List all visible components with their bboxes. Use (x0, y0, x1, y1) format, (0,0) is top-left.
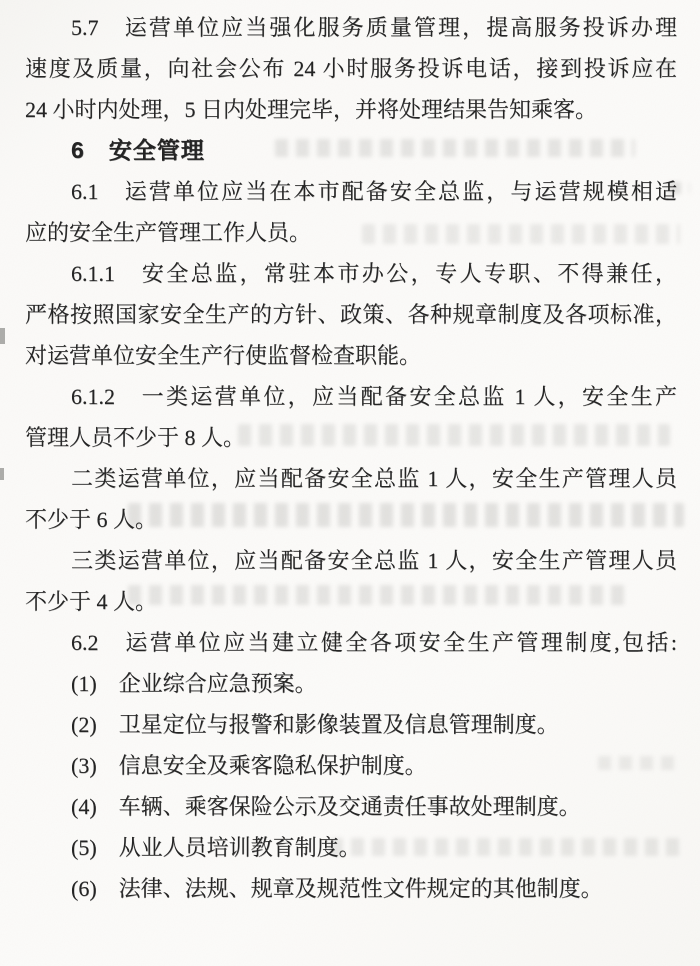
text-line: 6.1.2 一类运营单位，应当配备安全总监 1 人，安全生产 (25, 376, 677, 417)
text-line: 对运营单位安全生产行使监督检查职能。 (25, 335, 677, 376)
text-line: 速度及质量，向社会公布 24 小时服务投诉电话，接到投诉应在 (25, 48, 677, 89)
text-line: (6) 法律、法规、规章及规范性文件规定的其他制度。 (25, 868, 677, 909)
section-heading: 6 安全管理 (25, 130, 677, 171)
text-line: (5) 从业人员培训教育制度。 (25, 827, 677, 868)
text-line: 应的安全生产管理工作人员。 (25, 212, 677, 253)
text-line: 不少于 4 人。 (25, 581, 677, 622)
text-line: 6.1.1 安全总监，常驻本市办公，专人专职、不得兼任， (25, 253, 677, 294)
scanned-document-page: 5.7 运营单位应当强化服务质量管理，提高服务投诉办理速度及质量，向社会公布 2… (0, 0, 700, 966)
text-line: (3) 信息安全及乘客隐私保护制度。 (25, 745, 677, 786)
text-line: 三类运营单位，应当配备安全总监 1 人，安全生产管理人员 (25, 540, 677, 581)
text-line: 5.7 运营单位应当强化服务质量管理，提高服务投诉办理 (25, 7, 677, 48)
text-line: 二类运营单位，应当配备安全总监 1 人，安全生产管理人员 (25, 458, 677, 499)
document-body: 5.7 运营单位应当强化服务质量管理，提高服务投诉办理速度及质量，向社会公布 2… (25, 7, 677, 909)
text-line: 不少于 6 人。 (25, 499, 677, 540)
scan-edge-speck (0, 328, 5, 344)
text-line: (2) 卫星定位与报警和影像装置及信息管理制度。 (25, 704, 677, 745)
text-line: (4) 车辆、乘客保险公示及交通责任事故处理制度。 (25, 786, 677, 827)
text-line: 6.2 运营单位应当建立健全各项安全生产管理制度,包括: (25, 622, 677, 663)
scan-edge-speck (0, 468, 4, 480)
text-line: 管理人员不少于 8 人。 (25, 417, 677, 458)
text-line: 24 小时内处理，5 日内处理完毕，并将处理结果告知乘客。 (25, 89, 677, 130)
text-line: 6.1 运营单位应当在本市配备安全总监，与运营规模相适 (25, 171, 677, 212)
text-line: (1) 企业综合应急预案。 (25, 663, 677, 704)
text-line: 严格按照国家安全生产的方针、政策、各种规章制度及各项标准， (25, 294, 677, 335)
